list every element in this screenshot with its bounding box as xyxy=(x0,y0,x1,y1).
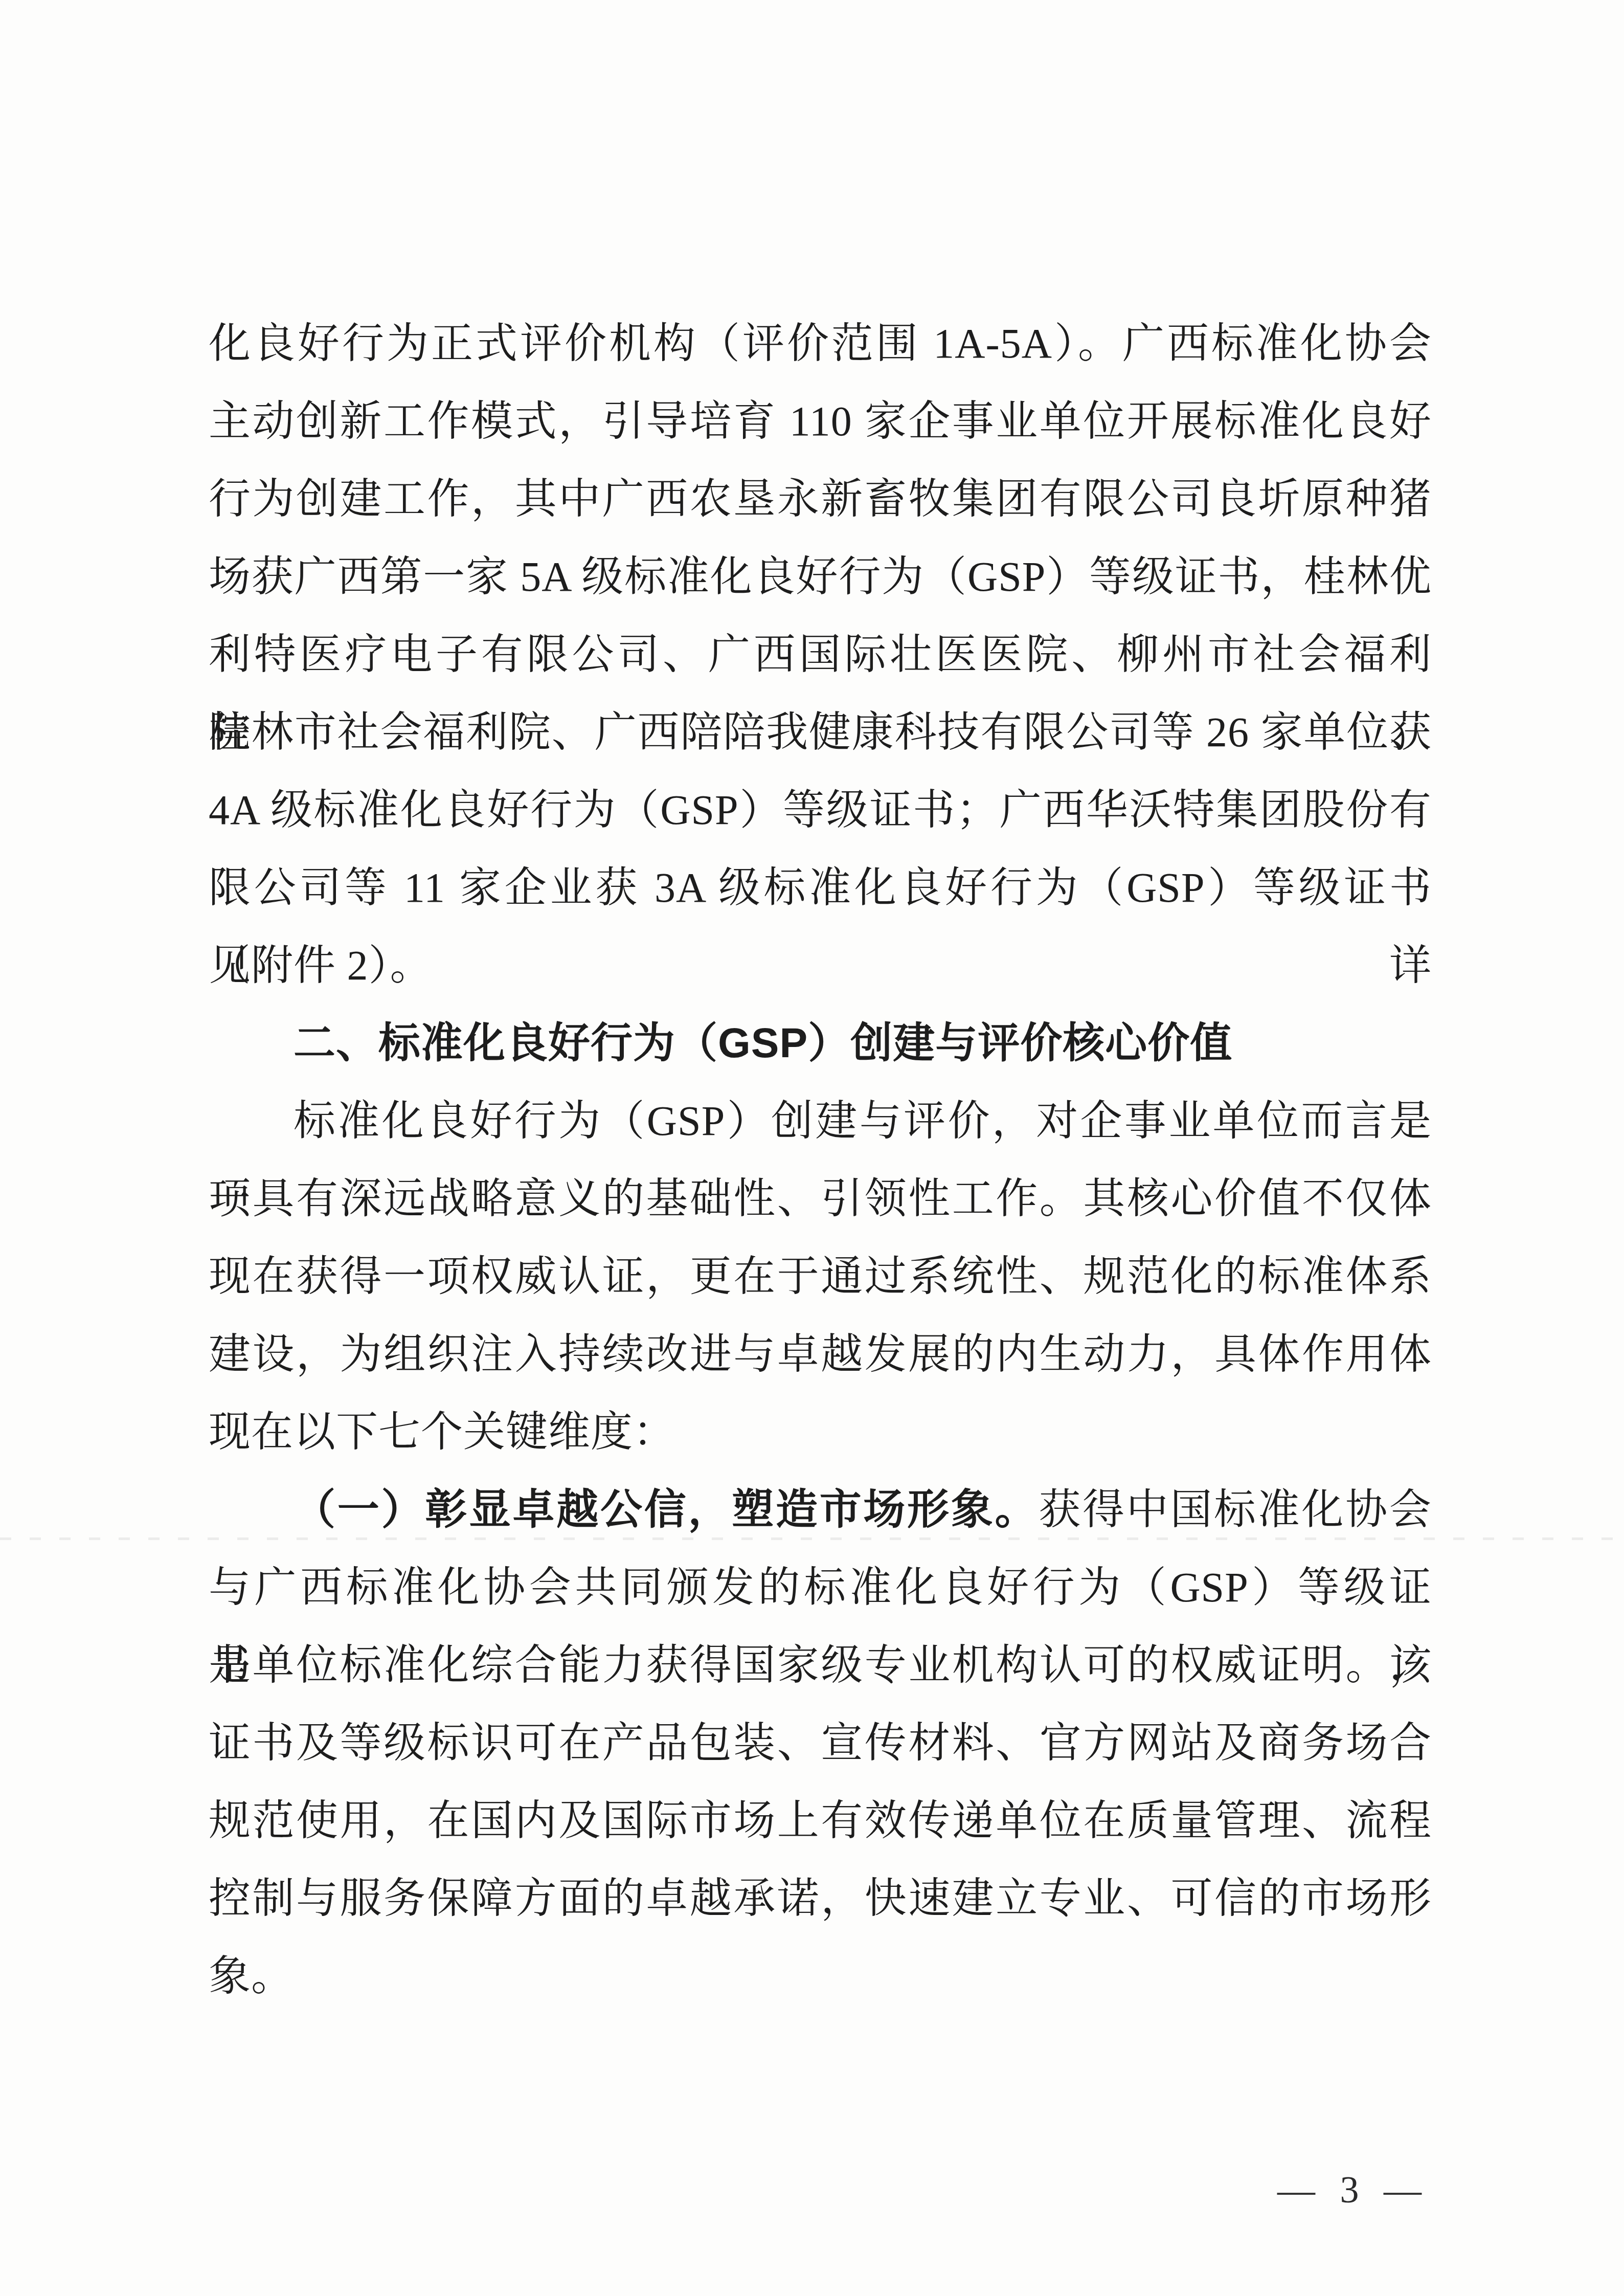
text-line: 化良好行为正式评价机构（评价范围 1A-5A）。广西标准化协会 xyxy=(209,305,1432,383)
text-line: 是单位标准化综合能力获得国家级专业机构认可的权威证明。该 xyxy=(209,1626,1432,1704)
document-page: 化良好行为正式评价机构（评价范围 1A-5A）。广西标准化协会 主动创新工作模式… xyxy=(0,0,1624,2296)
text-line: 桂林市社会福利院、广西陪陪我健康科技有限公司等 26 家单位获 xyxy=(209,694,1432,771)
text-line: 限公司等 11 家企业获 3A 级标准化良好行为（GSP）等级证书（详 xyxy=(209,849,1432,927)
text-line: 行为创建工作，其中广西农垦永新畜牧集团有限公司良圻原种猪 xyxy=(209,460,1432,538)
subsection-heading: （一）彰显卓越公信，塑造市场形象。 xyxy=(294,1486,1039,1533)
document-body: 化良好行为正式评价机构（评价范围 1A-5A）。广西标准化协会 主动创新工作模式… xyxy=(209,305,1432,2015)
section-heading: 二、标准化良好行为（GSP）创建与评价核心价值 xyxy=(209,1005,1432,1082)
text-line: 象。 xyxy=(209,1937,1432,2015)
scan-artifact-line xyxy=(0,1537,1624,1540)
text-line: 建设，为组织注入持续改进与卓越发展的内生动力，具体作用体 xyxy=(209,1316,1432,1393)
text-line: 场获广西第一家 5A 级标准化良好行为（GSP）等级证书，桂林优 xyxy=(209,538,1432,616)
text-line: 标准化良好行为（GSP）创建与评价，对企事业单位而言是一 xyxy=(209,1082,1432,1160)
text-line: 规范使用，在国内及国际市场上有效传递单位在质量管理、流程 xyxy=(209,1782,1432,1860)
page-number: — 3 — xyxy=(1277,2165,1423,2216)
text-line: 证书及等级标识可在产品包装、宣传材料、官方网站及商务场合 xyxy=(209,1704,1432,1782)
text-line: 与广西标准化协会共同颁发的标准化良好行为（GSP）等级证书， xyxy=(209,1549,1432,1626)
text-line: 主动创新工作模式，引导培育 110 家企事业单位开展标准化良好 xyxy=(209,383,1432,460)
text-line: 现在以下七个关键维度： xyxy=(209,1393,1432,1471)
text-line: 4A 级标准化良好行为（GSP）等级证书；广西华沃特集团股份有 xyxy=(209,771,1432,849)
text-line: 现在获得一项权威认证，更在于通过系统性、规范化的标准体系 xyxy=(209,1238,1432,1316)
text-line: 控制与服务保障方面的卓越承诺，快速建立专业、可信的市场形 xyxy=(209,1860,1432,1937)
text-line: 利特医疗电子有限公司、广西国际壮医医院、柳州市社会福利院、 xyxy=(209,616,1432,694)
text-line: 项具有深远战略意义的基础性、引领性工作。其核心价值不仅体 xyxy=(209,1160,1432,1238)
text-run: 获得中国标准化协会 xyxy=(1039,1486,1432,1533)
